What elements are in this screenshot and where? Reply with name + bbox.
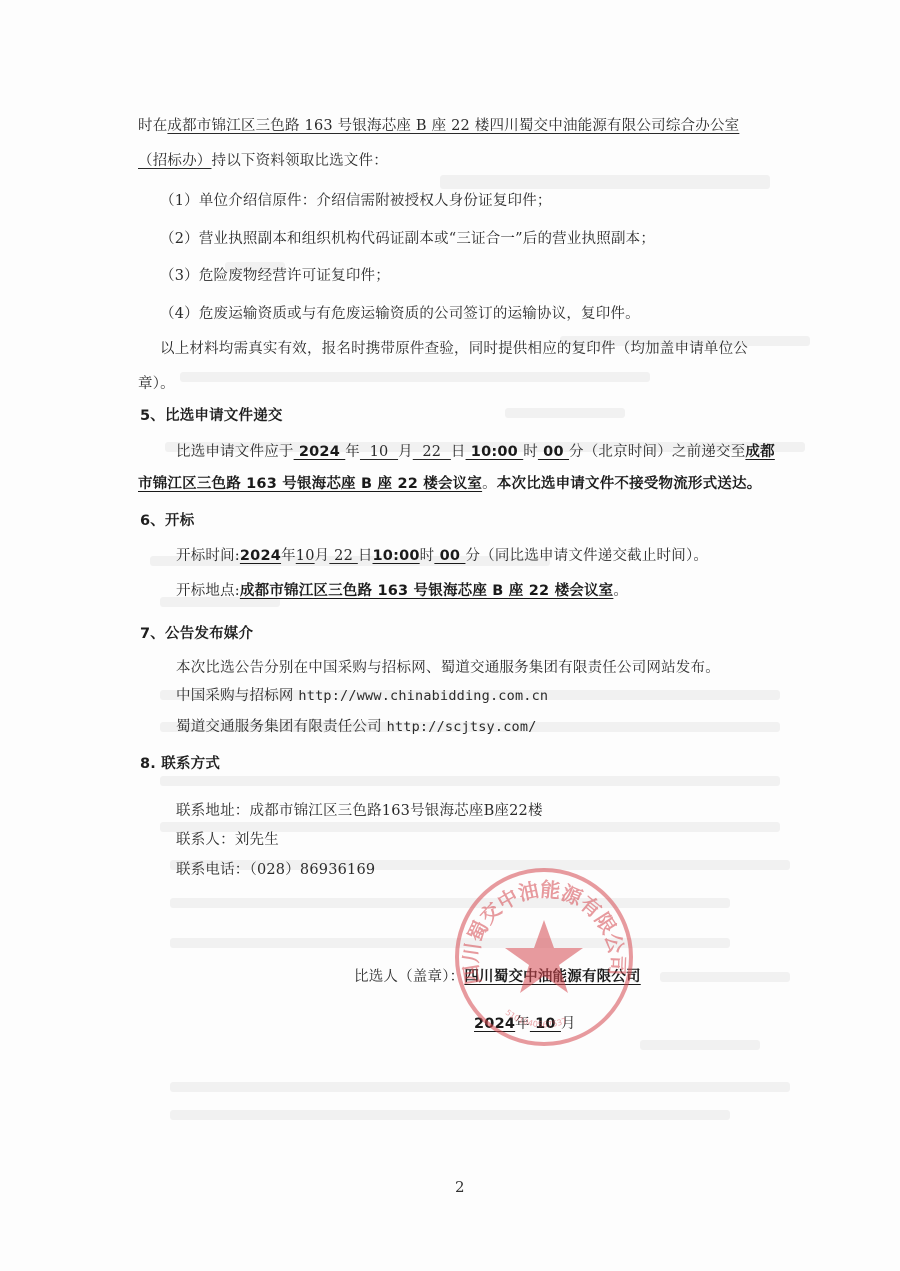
material-item-1: （1）单位介绍信原件：介绍信需附被授权人身份证复印件； <box>160 191 552 211</box>
signature-date: 2024年 10 月 <box>474 1014 576 1034</box>
year-unit: 年 <box>345 444 360 460</box>
opening-day: 22 <box>329 548 357 564</box>
submission-location-part-2: 市锦江区三色路 163 号银海芯座 B 座 22 楼会议室 <box>138 476 482 492</box>
media-item-2: 蜀道交通服务集团有限责任公司 http://scjtsy.com/ <box>176 717 537 737</box>
section-6-title: 6、开标 <box>140 511 194 531</box>
media-url-link[interactable]: http://scjtsy.com/ <box>387 719 537 735</box>
submission-notice: 本次比选申请文件不接受物流形式送达。 <box>497 476 762 492</box>
opening-place-value: 成都市锦江区三色路 163 号银海芯座 B 座 22 楼会议室 <box>240 583 613 599</box>
year-unit: 年 <box>281 548 296 564</box>
hour-unit: 时 <box>523 444 538 460</box>
signature-month: 10 <box>530 1016 561 1032</box>
intro-line-2: （招标办）持以下资料领取比选文件： <box>138 151 388 171</box>
contact-address: 联系地址：成都市锦江区三色路163号银海芯座B座22楼 <box>176 801 543 821</box>
deadline-month: 10 <box>360 444 398 460</box>
period: 。 <box>482 476 497 492</box>
media-description: 本次比选公告分别在中国采购与招标网、蜀道交通服务集团有限责任公司网站发布。 <box>176 658 720 678</box>
opening-year: 2024 <box>240 548 281 564</box>
opening-time-label: 开标时间: <box>176 548 240 564</box>
month-unit: 月 <box>315 548 330 564</box>
month-unit: 月 <box>398 444 413 460</box>
section-7-title: 7、公告发布媒介 <box>140 624 253 644</box>
deadline-day: 22 <box>413 444 451 460</box>
submission-location-part-1: 成都 <box>745 444 774 460</box>
opening-month: 10 <box>296 548 315 564</box>
deadline-hour: 10:00 <box>466 444 524 460</box>
section-5-title: 5、比选申请文件递交 <box>140 406 283 426</box>
contact-person-label: 联系人： <box>176 832 235 848</box>
opening-place-label: 开标地点: <box>176 583 240 599</box>
contact-address-label: 联系地址： <box>176 803 250 819</box>
section-5-location: 市锦江区三色路 163 号银海芯座 B 座 22 楼会议室。本次比选申请文件不接… <box>138 474 761 494</box>
intro-suffix: 持以下资料领取比选文件： <box>212 153 388 169</box>
page-number: 2 <box>455 1178 465 1196</box>
contact-person: 联系人：刘先生 <box>176 830 279 850</box>
signature-company: 四川蜀交中油能源有限公司 <box>464 969 640 985</box>
deadline-minute: 00 <box>538 444 569 460</box>
year-unit: 年 <box>515 1016 530 1032</box>
section-5-deadline: 比选申请文件应于 2024 年 10 月 22 日 10:00 时 00 分（北… <box>176 442 775 462</box>
materials-note-line-2: 章）。 <box>138 374 175 394</box>
signature-year: 2024 <box>474 1016 515 1032</box>
month-unit: 月 <box>561 1016 576 1032</box>
signature-line: 比选人（盖章）：四川蜀交中油能源有限公司 <box>354 967 641 987</box>
minute-unit: 分（北京时间）之前递交至 <box>569 444 745 460</box>
day-unit: 日 <box>358 548 373 564</box>
office-address: 成都市锦江区三色路 163 号银海芯座 B 座 22 楼四川蜀交中油能源有限公司… <box>167 118 739 134</box>
intro-line-1: 时在成都市锦江区三色路 163 号银海芯座 B 座 22 楼四川蜀交中油能源有限… <box>138 116 739 136</box>
opening-time: 开标时间:2024年10月 22 日10:00时 00 分（同比选申请文件递交截… <box>176 546 708 566</box>
deadline-year: 2024 <box>294 444 346 460</box>
contact-phone-value: （028）86936169 <box>250 862 376 878</box>
contact-phone: 联系电话：（028）86936169 <box>176 860 375 880</box>
material-item-2: （2）营业执照副本和组织机构代码证副本或“三证合一”后的营业执照副本； <box>160 229 655 249</box>
hour-unit: 时 <box>420 548 435 564</box>
deadline-prefix: 比选申请文件应于 <box>176 444 294 460</box>
contact-phone-label: 联系电话： <box>176 862 250 878</box>
material-item-3: （3）危险废物经营许可证复印件； <box>160 266 390 286</box>
media-name: 中国采购与招标网 <box>176 688 294 704</box>
contact-address-value: 成都市锦江区三色路163号银海芯座B座22楼 <box>250 803 543 819</box>
minute-unit: 分（同比选申请文件递交截止时间）。 <box>465 548 708 564</box>
office-address-cont: （招标办） <box>138 153 212 169</box>
contact-person-value: 刘先生 <box>235 832 279 848</box>
signature-label: 比选人（盖章）： <box>354 969 464 985</box>
materials-note-line-1: 以上材料均需真实有效，报名时携带原件查验，同时提供相应的复印件（均加盖申请单位公 <box>160 339 748 359</box>
opening-minute: 00 <box>434 548 465 564</box>
opening-hour: 10:00 <box>373 548 420 564</box>
media-item-1: 中国采购与招标网 http://www.chinabidding.com.cn <box>176 686 548 706</box>
intro-prefix: 时在 <box>138 118 167 134</box>
material-item-4: （4）危废运输资质或与有危废运输资质的公司签订的运输协议，复印件。 <box>160 304 640 324</box>
period: 。 <box>613 583 628 599</box>
day-unit: 日 <box>451 444 466 460</box>
media-name: 蜀道交通服务集团有限责任公司 <box>176 719 382 735</box>
opening-place: 开标地点:成都市锦江区三色路 163 号银海芯座 B 座 22 楼会议室。 <box>176 581 628 601</box>
media-url-link[interactable]: http://www.chinabidding.com.cn <box>298 688 548 704</box>
section-8-title: 8. 联系方式 <box>140 754 220 774</box>
